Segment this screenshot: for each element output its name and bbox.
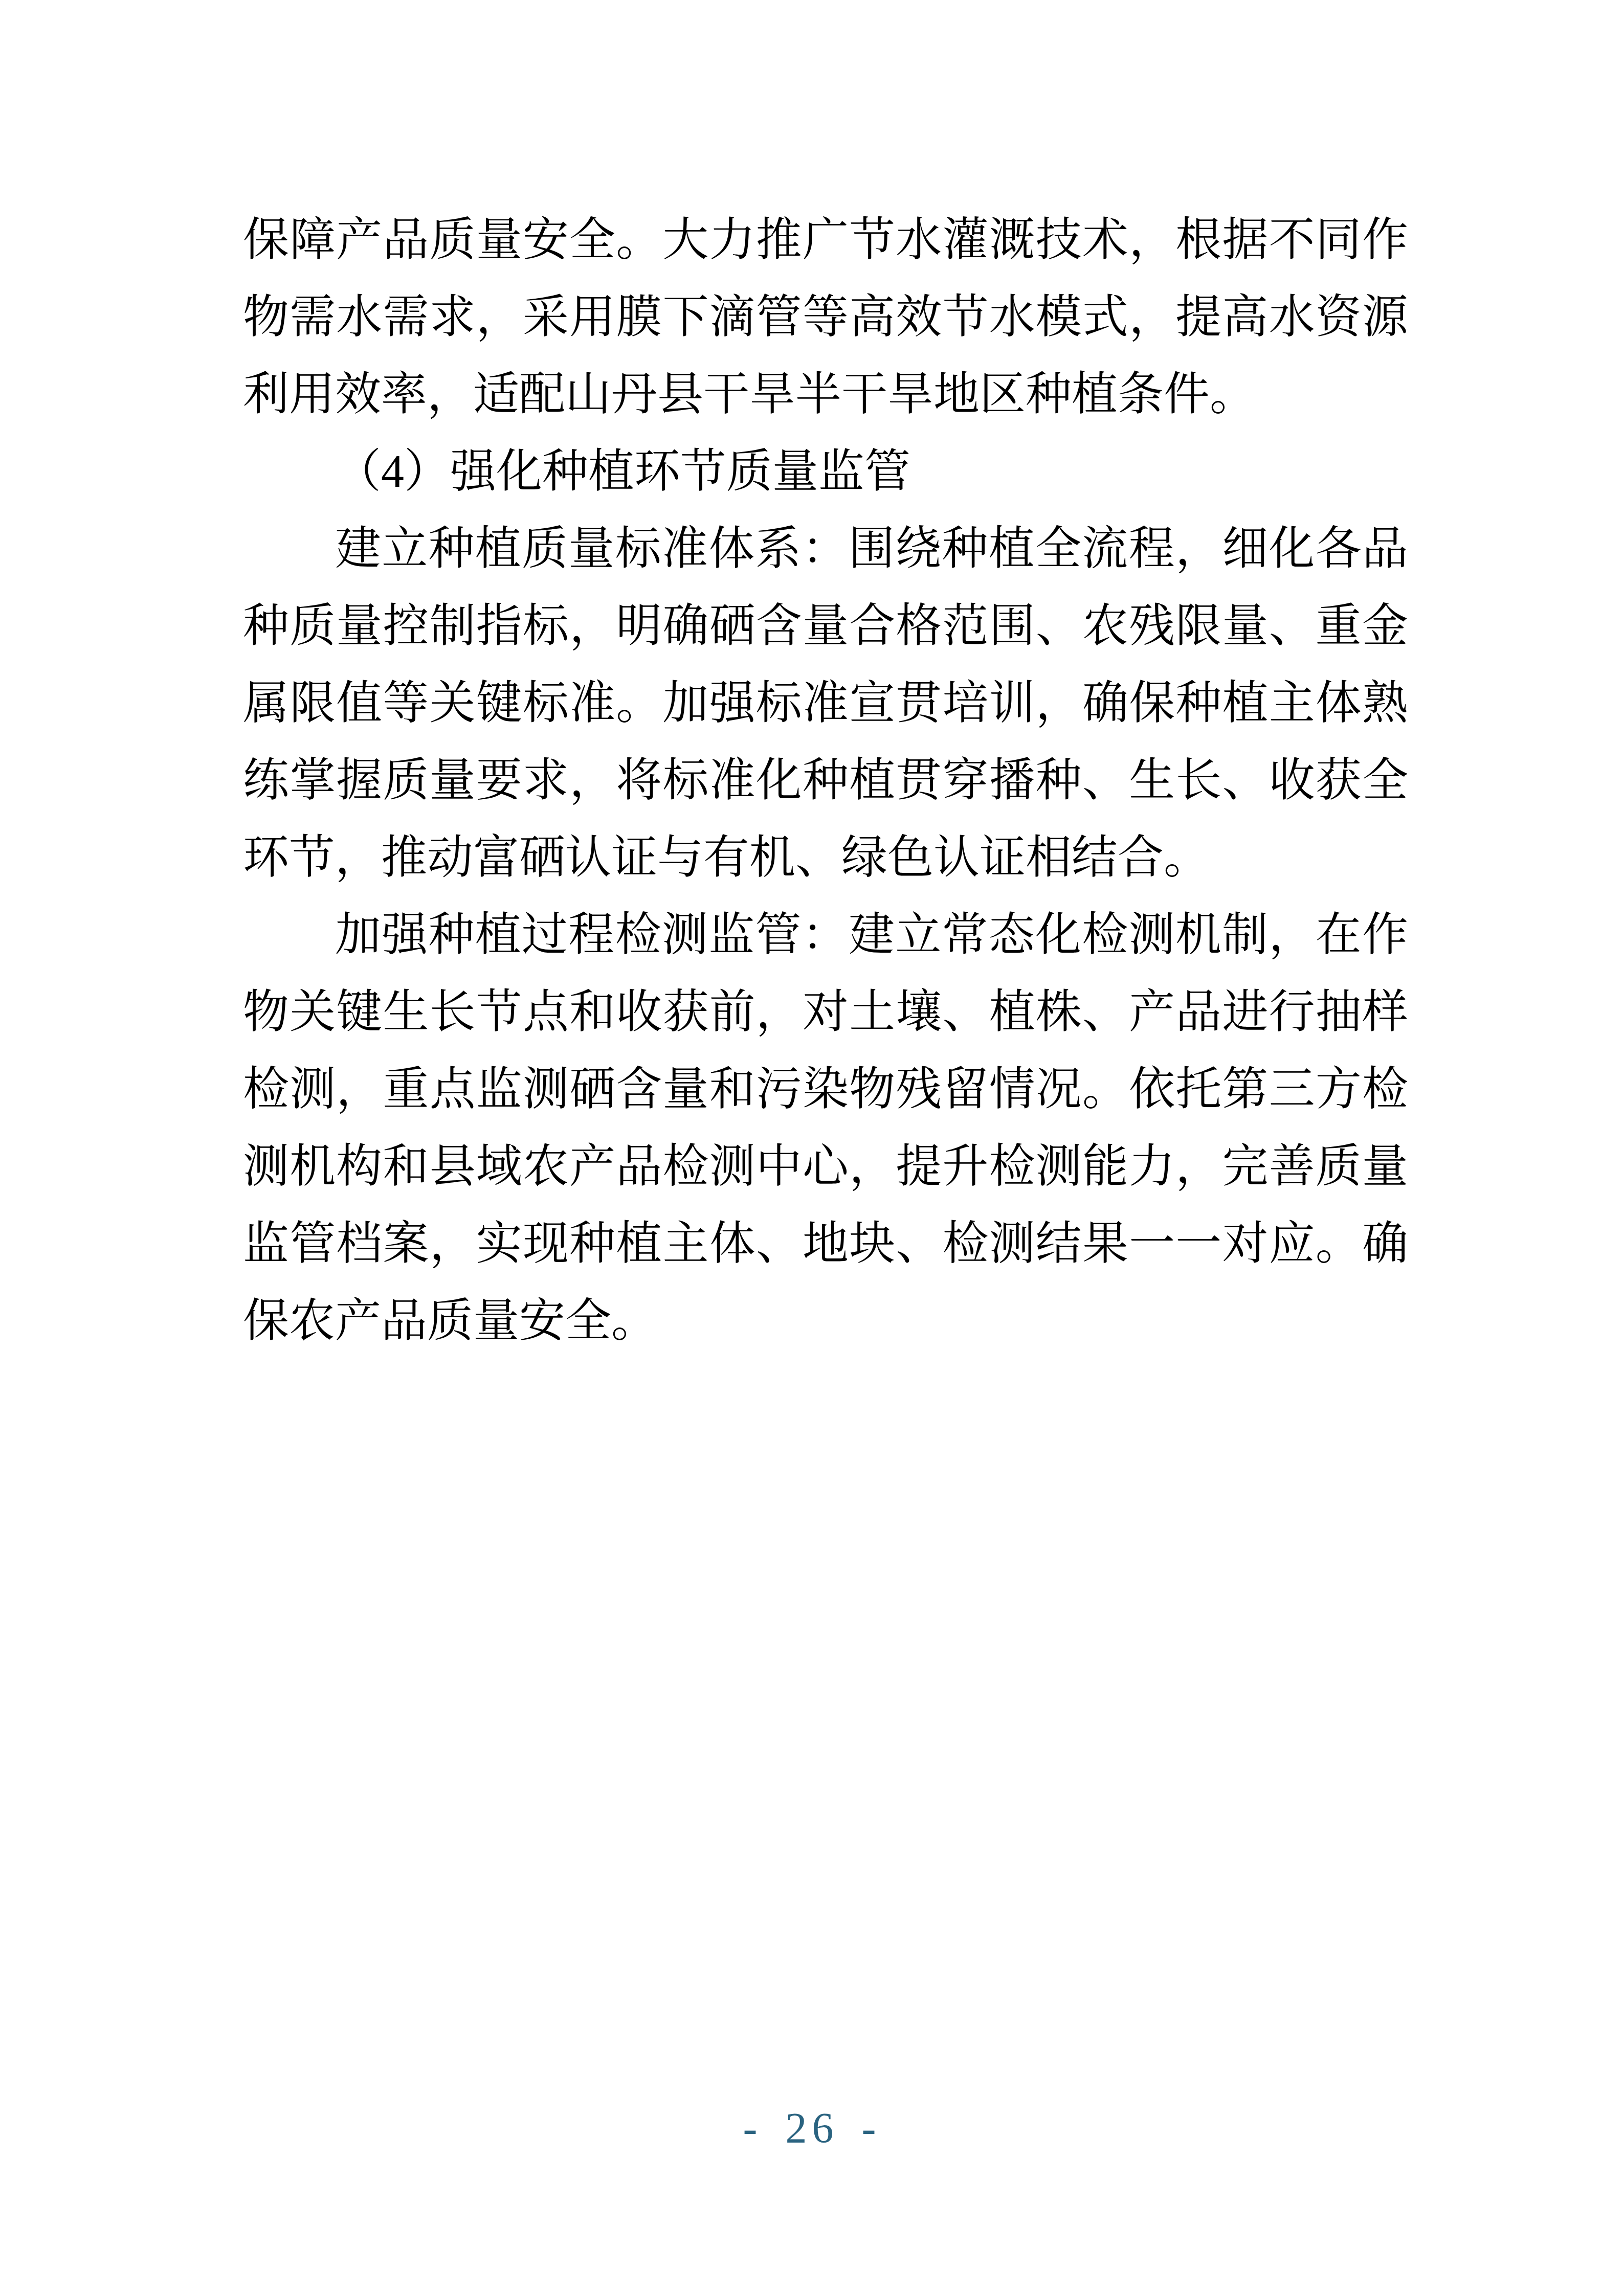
section-heading: （4）强化种植环节质量监管 — [243, 433, 1408, 510]
body-paragraph: 加强种植过程检测监管：建立常态化检测机制，在作物关键生长节点和收获前，对土壤、植… — [243, 896, 1408, 1360]
body-paragraph: 建立种植质量标准体系：围绕种植全流程，细化各品种质量控制指标，明确硒含量合格范围… — [243, 510, 1408, 896]
body-paragraph-continuation: 保障产品质量安全。大力推广节水灌溉技术，根据不同作物需水需求，采用膜下滴管等高效… — [243, 201, 1408, 433]
page-footer: - 26 - — [0, 2106, 1624, 2152]
page-number: - 26 - — [743, 2105, 881, 2152]
document-page: 保障产品质量安全。大力推广节水灌溉技术，根据不同作物需水需求，采用膜下滴管等高效… — [0, 0, 1624, 2296]
document-body: 保障产品质量安全。大力推广节水灌溉技术，根据不同作物需水需求，采用膜下滴管等高效… — [243, 201, 1408, 1360]
